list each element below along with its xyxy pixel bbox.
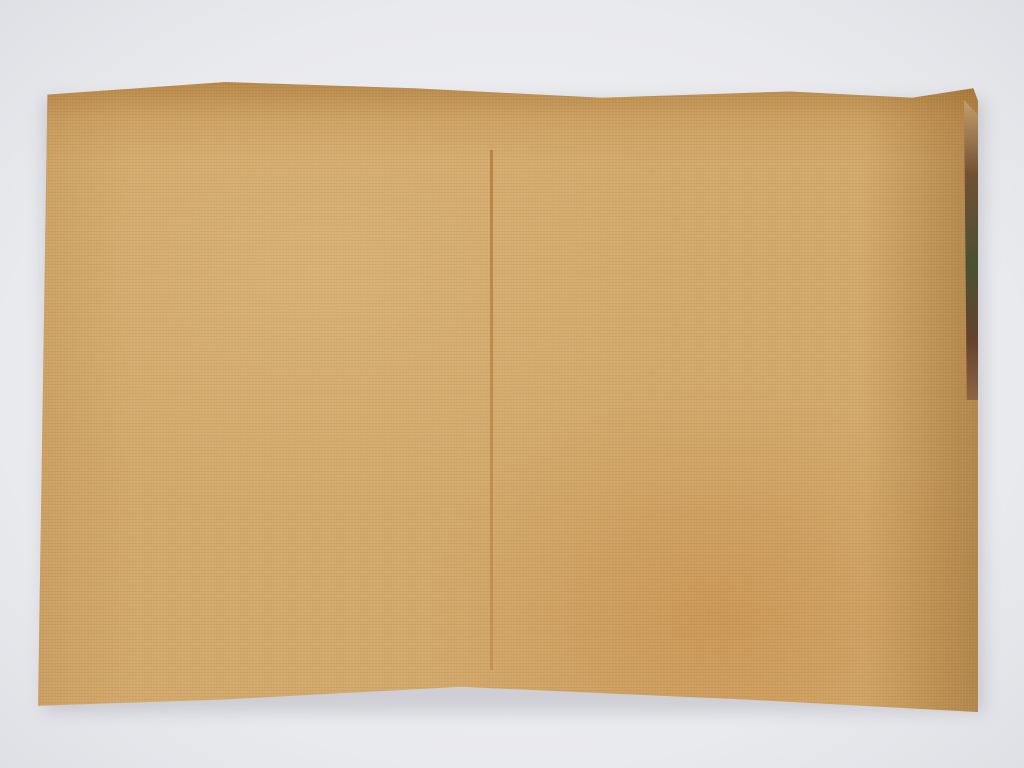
fabric-seam-line [490,150,493,670]
linen-canvas-back [38,82,978,712]
